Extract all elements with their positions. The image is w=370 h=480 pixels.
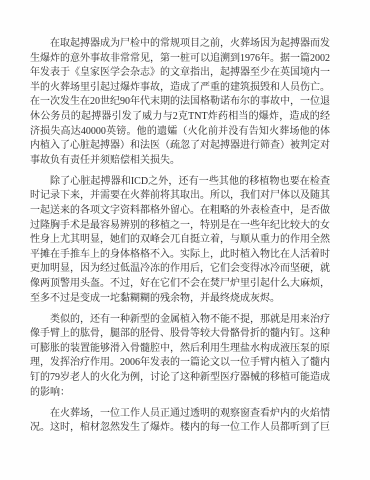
paragraph-1: 在取起搏器成为尸检中的常规项目之前，火葬场因为起搏器而发生爆炸的意外事故非常常见… bbox=[30, 37, 330, 168]
book-page: 在取起搏器成为尸检中的常规项目之前，火葬场因为起搏器而发生爆炸的意外事故非常常见… bbox=[0, 0, 370, 480]
paragraph-3: 类似的，还有一种新型的金属植入物不能不提，那就是用来治疗像手臂上的肱骨，腿部的胫… bbox=[30, 313, 330, 401]
paragraph-2: 除了心脏起搏器和ICD之外，还有一些其他的移植物也要在检查时记录下来，并需要在火… bbox=[30, 175, 330, 306]
paragraph-4: 在火葬场，一位工作人员正通过透明的观察窗查看炉内的火焰情况。这时，棺材忽然发生了… bbox=[30, 407, 330, 436]
